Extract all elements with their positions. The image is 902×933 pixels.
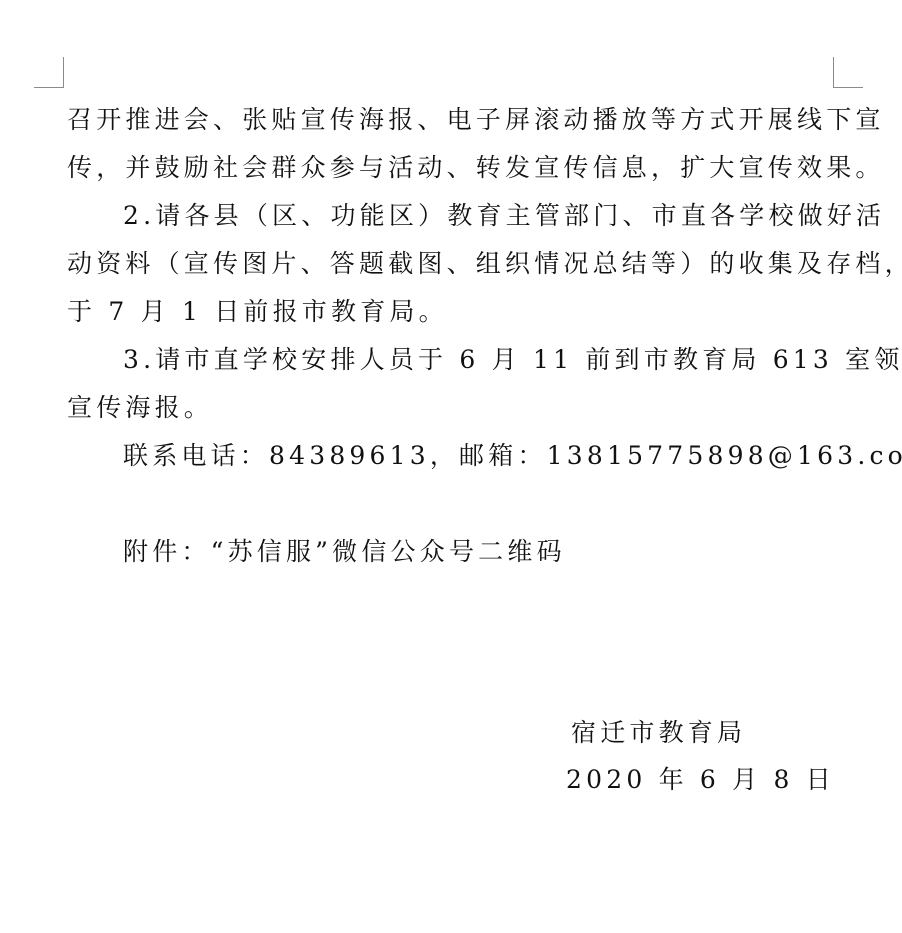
paragraph-line: 于 7 月 1 日前报市教育局。: [67, 288, 835, 336]
page-corner-mark-right: [833, 57, 863, 88]
paragraph-line: 宣传海报。: [67, 384, 835, 432]
blank-line: [67, 480, 835, 528]
paragraph-line: 3.请市直学校安排人员于 6 月 11 前到市教育局 613 室领取: [67, 336, 835, 384]
page-corner-mark-left: [34, 57, 64, 88]
paragraph-line: 2.请各县（区、功能区）教育主管部门、市直各学校做好活: [67, 192, 835, 240]
attachment-note: 附件：“苏信服”微信公众号二维码: [67, 528, 835, 576]
document-body: 召开推进会、张贴宣传海报、电子屏滚动播放等方式开展线下宣 传，并鼓励社会群众参与…: [67, 96, 835, 576]
paragraph-line: 动资料（宣传图片、答题截图、组织情况总结等）的收集及存档，: [67, 240, 835, 288]
contact-info: 联系电话：84389613，邮箱：13815775898@163.com: [67, 432, 835, 480]
paragraph-line: 召开推进会、张贴宣传海报、电子屏滚动播放等方式开展线下宣: [67, 96, 835, 144]
signature-date: 2020 年 6 月 8 日: [566, 756, 835, 804]
signature-organization: 宿迁市教育局: [571, 709, 746, 757]
paragraph-line: 传，并鼓励社会群众参与活动、转发宣传信息，扩大宣传效果。: [67, 144, 835, 192]
